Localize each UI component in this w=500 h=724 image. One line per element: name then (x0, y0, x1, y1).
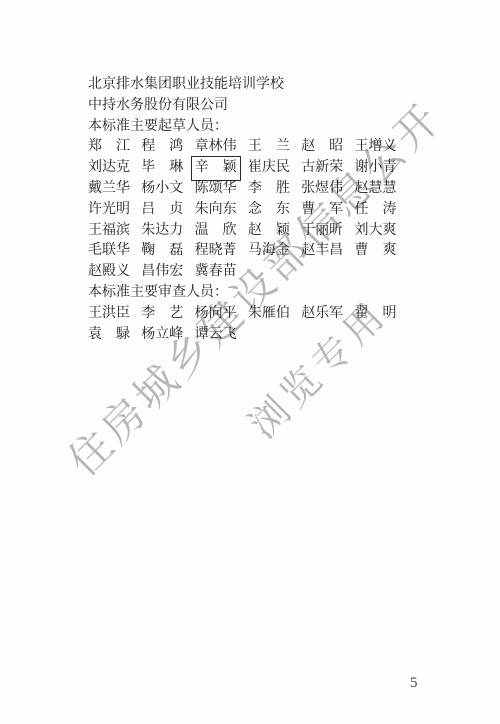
drafters-heading: 本标准主要起草人员： (88, 117, 396, 138)
drafter-name: 郑 江 (88, 137, 130, 158)
reviewer-name: 翟 明 (354, 304, 396, 325)
reviewer-name: 王洪臣 (88, 304, 130, 325)
drafter-name: 曹 爽 (354, 241, 396, 262)
drafter-name: 曹 军 (301, 200, 343, 221)
drafter-name-deceased-boxed: 辛 颖 (191, 156, 241, 181)
drafter-name: 冀春苗 (195, 262, 237, 283)
drafter-name: 刘达克 (88, 158, 130, 179)
drafter-name: 戴兰华 (88, 179, 130, 200)
drafters-list: 郑 江程 鸿章林伟王 兰赵 昭王增义刘达克毕 琳辛 颖崔庆民古新荣谢小青戴兰华杨… (88, 137, 396, 283)
drafter-name: 赵 昭 (301, 137, 343, 158)
drafter-name: 温 欣 (195, 221, 237, 242)
reviewer-name: 赵乐军 (301, 304, 343, 325)
name-row: 戴兰华杨小文陈颂华李 胜张煜伟赵慧慧 (88, 179, 396, 200)
reviewer-name: 袁 騄 (88, 325, 130, 346)
drafter-name: 毛联华 (88, 241, 130, 262)
name-row: 毛联华鞠 磊程晓菁马海金赵丰昌曹 爽 (88, 241, 396, 262)
reviewer-name: 杨向平 (195, 304, 237, 325)
name-row: 王福滨朱达力温 欣赵 颖于丽昕刘大爽 (88, 221, 396, 242)
drafter-name: 念 东 (248, 200, 290, 221)
drafter-name: 赵慧慧 (354, 179, 396, 200)
drafter-name: 任 涛 (354, 200, 396, 221)
drafter-name: 昌伟宏 (141, 262, 183, 283)
drafter-name: 赵丰昌 (301, 241, 343, 262)
drafter-name: 陈颂华 (195, 179, 237, 200)
drafter-name: 刘大爽 (354, 221, 396, 242)
reviewers-list: 王洪臣李 艺杨向平朱雁伯赵乐军翟 明袁 騄杨立峰谭云飞 (88, 304, 396, 346)
drafter-name: 程晓菁 (195, 241, 237, 262)
drafter-name: 李 胜 (248, 179, 290, 200)
drafter-name: 马海金 (248, 241, 290, 262)
drafter-name: 毕 琳 (141, 158, 183, 179)
drafter-name: 王 兰 (248, 137, 290, 158)
drafter-name: 杨小文 (141, 179, 183, 200)
reviewer-name: 李 艺 (141, 304, 183, 325)
drafter-name: 赵 颖 (248, 221, 290, 242)
name-row: 刘达克毕 琳辛 颖崔庆民古新荣谢小青 (88, 158, 396, 179)
name-row: 许光明吕 贞朱向东念 东曹 军任 涛 (88, 200, 396, 221)
document-page: 住房城乡建设部信息公开 浏览专用 北京排水集团职业技能培训学校 中持水务股份有限… (0, 0, 500, 724)
drafter-name: 程 鸿 (141, 137, 183, 158)
reviewer-name: 杨立峰 (141, 325, 183, 346)
drafter-name: 崔庆民 (248, 158, 290, 179)
drafter-name: 谢小青 (354, 158, 396, 179)
drafter-name: 于丽昕 (301, 221, 343, 242)
drafter-name: 吕 贞 (141, 200, 183, 221)
drafter-name: 赵殿义 (88, 262, 130, 283)
reviewers-heading: 本标准主要审查人员： (88, 283, 396, 304)
drafter-name: 张煜伟 (301, 179, 343, 200)
name-row: 王洪臣李 艺杨向平朱雁伯赵乐军翟 明 (88, 304, 396, 325)
page-number: 5 (410, 675, 418, 692)
reviewer-name: 谭云飞 (195, 325, 237, 346)
drafting-org-line: 北京排水集团职业技能培训学校 (88, 75, 396, 96)
reviewer-name: 朱雁伯 (248, 304, 290, 325)
drafter-name: 许光明 (88, 200, 130, 221)
drafter-name: 鞠 磊 (141, 241, 183, 262)
name-row: 赵殿义昌伟宏冀春苗 (88, 262, 396, 283)
drafting-org-line: 中持水务股份有限公司 (88, 96, 396, 117)
name-row: 袁 騄杨立峰谭云飞 (88, 325, 396, 346)
drafter-name: 朱达力 (141, 221, 183, 242)
drafter-name: 王福滨 (88, 221, 130, 242)
drafter-name: 王增义 (354, 137, 396, 158)
drafter-name: 章林伟 (195, 137, 237, 158)
drafter-name: 古新荣 (301, 158, 343, 179)
page-content: 北京排水集团职业技能培训学校 中持水务股份有限公司 本标准主要起草人员： 郑 江… (88, 75, 396, 345)
name-row: 郑 江程 鸿章林伟王 兰赵 昭王增义 (88, 137, 396, 158)
drafter-name: 朱向东 (195, 200, 237, 221)
